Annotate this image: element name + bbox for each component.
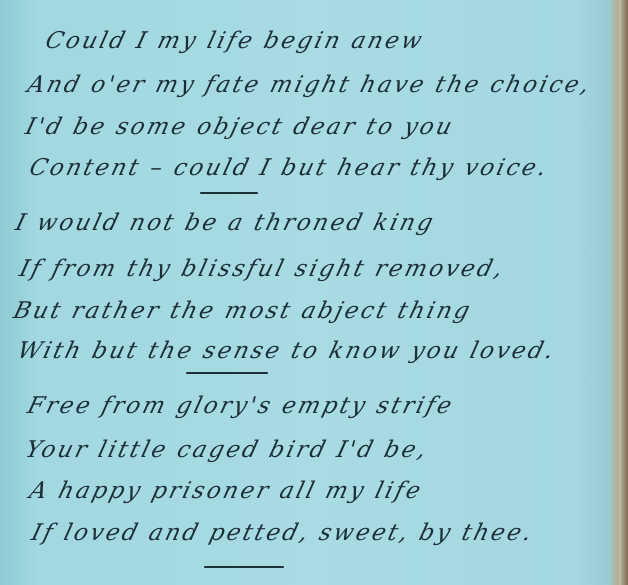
poem-line: I would not be a throned king (13, 210, 438, 236)
closing-divider (204, 566, 284, 568)
poem-line: Could I my life begin anew (43, 28, 427, 54)
poem-line: I'd be some object dear to you (23, 114, 457, 140)
stanza-divider (186, 372, 268, 374)
manuscript-page: Could I my life begin anew And o'er my f… (0, 0, 628, 585)
poem-line: A happy prisoner all my life (27, 478, 426, 504)
stanza-divider (200, 192, 258, 194)
poem-line: And o'er my fate might have the choice, (25, 72, 594, 98)
poem-line: Your little caged bird I'd be, (23, 437, 431, 463)
poem-line: But rather the most abject thing (11, 298, 475, 324)
poem-line: Content – could I but hear thy voice. (27, 155, 551, 181)
poem-line: If loved and petted, sweet, by thee. (29, 520, 537, 546)
poem-line: With but the sense to know you loved. (15, 338, 559, 364)
book-spine-edge (619, 0, 628, 585)
poem-line: If from thy blissful sight removed, (17, 256, 508, 282)
poem-line: Free from glory's empty strife (25, 393, 457, 419)
